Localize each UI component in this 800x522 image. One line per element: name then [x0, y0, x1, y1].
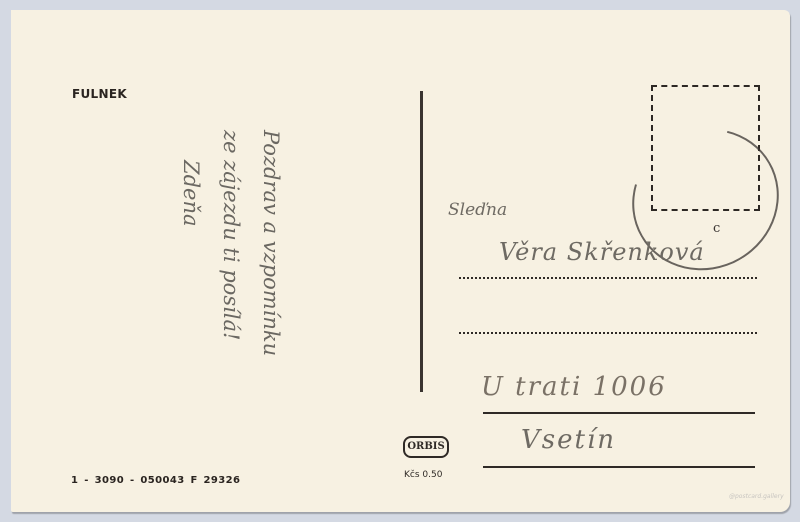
- watermark: @postcard.gallery: [729, 493, 784, 500]
- address-line-3: [483, 412, 755, 414]
- address-street: U trati 1006: [481, 372, 667, 402]
- center-divider: [420, 91, 423, 392]
- address-line-2: [459, 332, 757, 334]
- address-city: Vsetín: [521, 425, 616, 455]
- print-code: 1 - 3090 - 050043 F 29326: [71, 475, 240, 486]
- address-name: Věra Skřenková: [499, 238, 705, 266]
- message-line: Pozdrav a vzpomínku: [251, 130, 291, 356]
- postmark-letter: c: [713, 221, 720, 236]
- message-line: ze zájezdu ti posílá!: [211, 130, 251, 356]
- address-line-4: [483, 466, 755, 468]
- message-signature: Zdeňa: [171, 130, 211, 356]
- orbis-logo: ORBIS: [403, 436, 449, 458]
- handwritten-message: Pozdrav a vzpomínku ze zájezdu ti posílá…: [171, 130, 291, 356]
- address-salutation: Sleďna: [448, 200, 507, 220]
- price-label: Kčs 0.50: [404, 470, 442, 480]
- address-line-1: [459, 277, 757, 279]
- postcard-back: FULNEK Pozdrav a vzpomínku ze zájezdu ti…: [11, 10, 790, 512]
- place-name: FULNEK: [72, 87, 127, 101]
- postmark-circle: [606, 102, 800, 297]
